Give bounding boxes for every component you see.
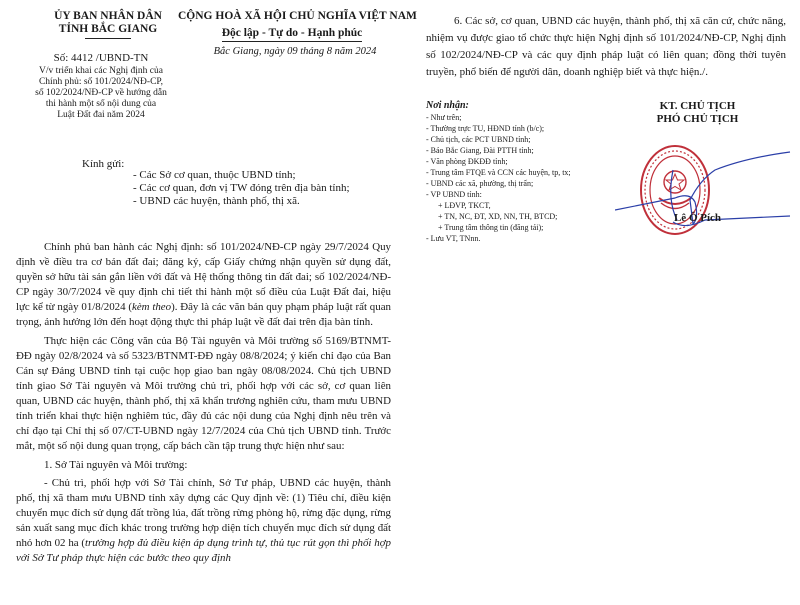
national-header: CỘNG HOÀ XÃ HỘI CHỦ NGHĨA VIỆT NAM Độc l… bbox=[178, 10, 406, 42]
document-reference: Số: 4412 /UBND-TN V/v triển khai các Ngh… bbox=[16, 52, 186, 121]
distribution-subitem: + Trung tâm thông tin (đăng tải); bbox=[426, 222, 616, 233]
distribution-item: - Văn phòng ĐKĐĐ tỉnh; bbox=[426, 156, 616, 167]
official-seal-icon bbox=[615, 140, 795, 240]
seal-and-signature bbox=[615, 140, 795, 240]
distribution-item: - Chủ tịch, các PCT UBND tỉnh; bbox=[426, 134, 616, 145]
distribution-item: - Thường trực TU, HĐND tỉnh (b/c); bbox=[426, 123, 616, 134]
issuing-authority: ỦY BAN NHÂN DÂN TỈNH BẮC GIANG bbox=[38, 10, 178, 39]
closing-text: 6. Các sở, cơ quan, UBND các huyện, thàn… bbox=[426, 13, 786, 81]
paragraph-1: Chính phủ ban hành các Nghị định: số 101… bbox=[16, 240, 391, 330]
subject-line: thi hành một số nội dung của bbox=[16, 99, 186, 110]
distribution-list: Nơi nhận: - Như trên; - Thường trực TU, … bbox=[426, 100, 616, 244]
document-page-right: 6. Các sở, cơ quan, UBND các huyện, thàn… bbox=[410, 0, 800, 605]
subject-line: số 102/2024/NĐ-CP về hướng dẫn bbox=[16, 88, 186, 99]
distribution-subitem: + TN, NC, ĐT, XD, NN, TH, BTCD; bbox=[426, 211, 616, 222]
distribution-title: Nơi nhận: bbox=[426, 100, 616, 112]
sign-title-1: KT. CHỦ TỊCH bbox=[630, 100, 765, 113]
signer-name: Lê Ô Pích bbox=[630, 212, 765, 224]
distribution-subitem: + LĐVP, TKCT, bbox=[426, 200, 616, 211]
document-body: Chính phủ ban hành các Nghị định: số 101… bbox=[16, 240, 391, 570]
section-heading: 1. Sở Tài nguyên và Môi trường: bbox=[16, 458, 391, 473]
document-page-left: ỦY BAN NHÂN DÂN TỈNH BẮC GIANG Số: 4412 … bbox=[0, 0, 410, 605]
distribution-item: - UBND các xã, phường, thị trấn; bbox=[426, 178, 616, 189]
distribution-item: - Như trên; bbox=[426, 112, 616, 123]
signature-title: KT. CHỦ TỊCH PHÓ CHỦ TỊCH bbox=[630, 100, 765, 126]
distribution-item: - Trung tâm FTQE và CCN các huyện, tp, t… bbox=[426, 167, 616, 178]
subject-line: V/v triển khai các Nghị định của bbox=[16, 66, 186, 77]
paragraph-4: - Chủ trì, phối hợp với Sở Tài chính, Sở… bbox=[16, 476, 391, 566]
paragraph-italic: kèm theo bbox=[132, 301, 171, 313]
issuer-line-2: TỈNH BẮC GIANG bbox=[38, 23, 178, 36]
paragraph-2: Thực hiện các Công văn của Bộ Tài nguyên… bbox=[16, 334, 391, 454]
place-date: Bắc Giang, ngày 09 tháng 8 năm 2024 bbox=[190, 46, 400, 57]
distribution-items: - Như trên; - Thường trực TU, HĐND tỉnh … bbox=[426, 112, 616, 244]
document-number: Số: 4412 /UBND-TN bbox=[16, 52, 186, 65]
subject-line: Chính phủ: số 101/2024/NĐ-CP, bbox=[16, 77, 186, 88]
recipient-item: - Các Sở cơ quan, thuộc UBND tỉnh; bbox=[133, 169, 350, 182]
distribution-item: - VP UBND tỉnh: bbox=[426, 189, 616, 200]
closing-paragraph: 6. Các sở, cơ quan, UBND các huyện, thàn… bbox=[426, 13, 786, 81]
nation-title: CỘNG HOÀ XÃ HỘI CHỦ NGHĨA VIỆT NAM bbox=[178, 10, 406, 23]
distribution-item: - Lưu VT, TNnn. bbox=[426, 233, 616, 244]
recipient-list: - Các Sở cơ quan, thuộc UBND tỉnh; - Các… bbox=[133, 169, 350, 208]
subject-line: Luật Đất đai năm 2024 bbox=[16, 110, 186, 121]
sign-title-2: PHÓ CHỦ TỊCH bbox=[630, 113, 765, 126]
recipient-item: - UBND các huyện, thành phố, thị xã. bbox=[133, 195, 350, 208]
distribution-item: - Báo Bắc Giang, Đài PTTH tỉnh; bbox=[426, 145, 616, 156]
issuer-line-1: ỦY BAN NHÂN DÂN bbox=[38, 10, 178, 23]
nation-motto: Độc lập - Tự do - Hạnh phúc bbox=[222, 27, 363, 42]
greeting: Kính gửi: bbox=[82, 158, 124, 170]
issuer-underline bbox=[85, 38, 131, 39]
recipient-item: - Các cơ quan, đơn vị TW đóng trên địa b… bbox=[133, 182, 350, 195]
